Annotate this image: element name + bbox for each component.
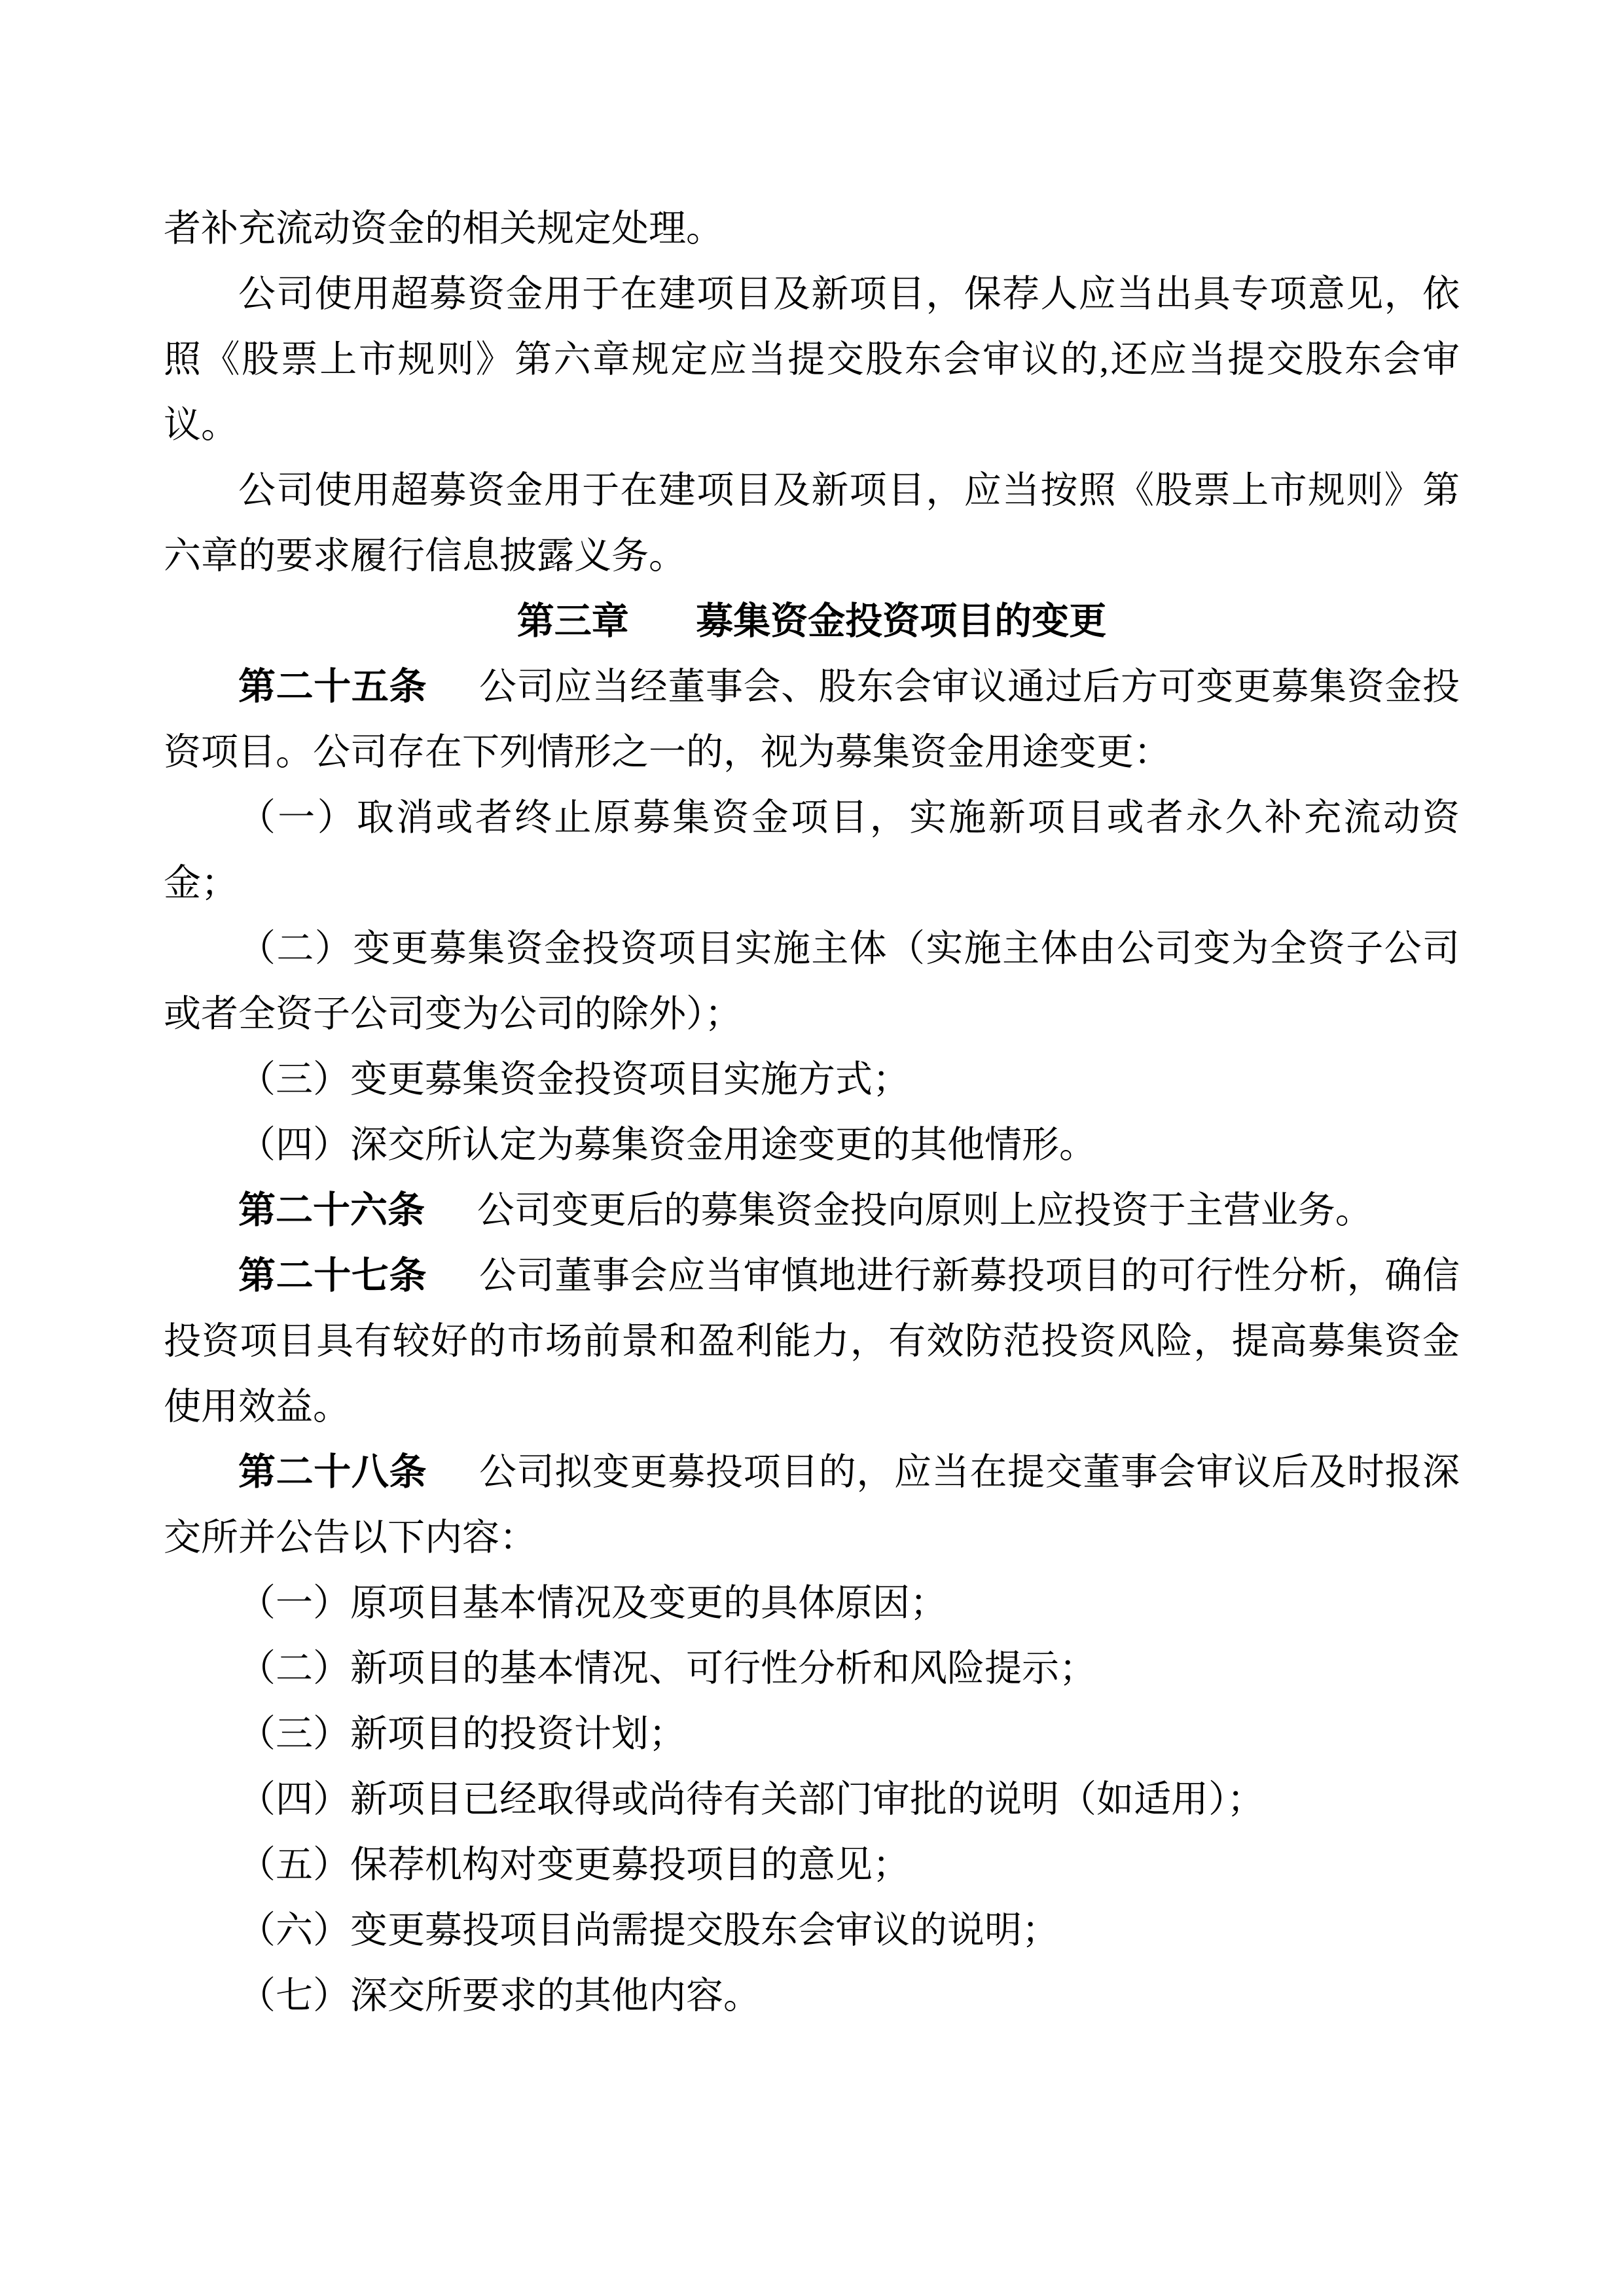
article-25-item-3: （三）变更募集资金投资项目实施方式； [164, 1047, 1460, 1113]
article-28-item-1: （一）原项目基本情况及变更的具体原因； [164, 1571, 1460, 1636]
chapter-title: 募集资金投资项目的变更 [696, 601, 1106, 642]
article-28-item-4: （四）新项目已经取得或尚待有关部门审批的说明（如适用）； [164, 1767, 1460, 1833]
paragraph-super-raise-disclosure: 公司使用超募资金用于在建项目及新项目，应当按照《股票上市规则》第六章的要求履行信… [164, 458, 1460, 589]
article-25-number: 第二十五条 [238, 666, 427, 708]
article-28-item-5: （五）保荐机构对变更募投项目的意见； [164, 1833, 1460, 1898]
article-27: 第二十七条公司董事会应当审慎地进行新募投项目的可行性分析，确信投资项目具有较好的… [164, 1244, 1460, 1440]
article-25-item-4: （四）深交所认定为募集资金用途变更的其他情形。 [164, 1113, 1460, 1178]
paragraph-super-raise-review: 公司使用超募资金用于在建项目及新项目，保荐人应当出具专项意见，依照《股票上市规则… [164, 262, 1460, 458]
article-28-item-3: （三）新项目的投资计划； [164, 1702, 1460, 1767]
article-25-item-2: （二）变更募集资金投资项目实施主体（实施主体由公司变为全资子公司或者全资子公司变… [164, 916, 1460, 1047]
article-25: 第二十五条公司应当经董事会、股东会审议通过后方可变更募集资金投资项目。公司存在下… [164, 655, 1460, 785]
article-28: 第二十八条公司拟变更募投项目的，应当在提交董事会审议后及时报深交所并公告以下内容… [164, 1440, 1460, 1571]
article-26-number: 第二十六条 [238, 1190, 425, 1231]
article-28-item-7: （七）深交所要求的其他内容。 [164, 1964, 1460, 2029]
document-page: 者补充流动资金的相关规定处理。 公司使用超募资金用于在建项目及新项目，保荐人应当… [0, 0, 1624, 2296]
chapter-heading: 第三章募集资金投资项目的变更 [164, 589, 1460, 655]
article-28-number: 第二十八条 [238, 1452, 427, 1493]
article-28-item-6: （六）变更募投项目尚需提交股东会审议的说明； [164, 1898, 1460, 1964]
document-text-block: 者补充流动资金的相关规定处理。 公司使用超募资金用于在建项目及新项目，保荐人应当… [164, 196, 1460, 2029]
chapter-number: 第三章 [517, 601, 629, 642]
article-26-body: 公司变更后的募集资金投向原则上应投资于主营业务。 [477, 1190, 1373, 1231]
article-28-item-2: （二）新项目的基本情况、可行性分析和风险提示； [164, 1636, 1460, 1702]
article-27-number: 第二十七条 [238, 1255, 427, 1297]
paragraph-carryover: 者补充流动资金的相关规定处理。 [164, 196, 1460, 262]
article-25-item-1: （一）取消或者终止原募集资金项目，实施新项目或者永久补充流动资金； [164, 785, 1460, 916]
article-26: 第二十六条公司变更后的募集资金投向原则上应投资于主营业务。 [164, 1178, 1460, 1244]
